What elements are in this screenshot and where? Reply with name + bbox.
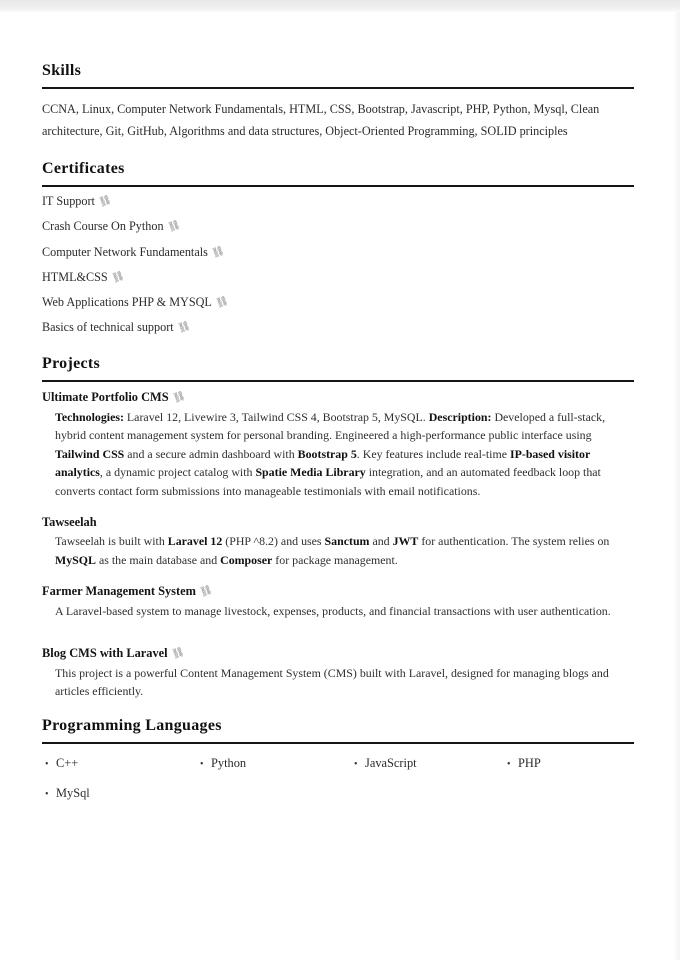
- project-item: Ultimate Portfolio CMS⛓Technologies: Lar…: [42, 387, 634, 501]
- projects-list: Ultimate Portfolio CMS⛓Technologies: Lar…: [42, 387, 634, 701]
- link-icon[interactable]: ⛓: [95, 188, 116, 216]
- project-title: Farmer Management System⛓: [42, 581, 634, 602]
- certificate-label: Crash Course On Python: [42, 219, 164, 233]
- certificates-section: Certificates IT Support⛓Crash Course On …: [42, 158, 634, 341]
- page-top-edge: [0, 0, 680, 12]
- languages-divider: [42, 742, 634, 744]
- projects-heading: Projects: [42, 353, 634, 375]
- link-icon[interactable]: ⛓: [108, 263, 129, 291]
- certificates-divider: [42, 185, 634, 187]
- bullet-icon: •: [507, 754, 518, 776]
- certificate-label: HTML&CSS: [42, 270, 108, 284]
- project-title-text: Blog CMS with Laravel: [42, 646, 168, 660]
- link-icon[interactable]: ⛓: [169, 642, 188, 665]
- certificate-label: Web Applications PHP & MYSQL: [42, 295, 212, 309]
- link-icon[interactable]: ⛓: [208, 238, 229, 266]
- certificate-item: Computer Network Fundamentals⛓: [42, 240, 634, 265]
- certificate-item: Basics of technical support⛓: [42, 315, 634, 340]
- link-icon[interactable]: ⛓: [164, 213, 185, 241]
- language-label: JavaScript: [365, 756, 417, 770]
- project-item: Blog CMS with Laravel⛓This project is a …: [42, 643, 634, 701]
- language-label: C++: [56, 756, 78, 770]
- project-description: Technologies: Laravel 12, Livewire 3, Ta…: [42, 408, 634, 501]
- project-title: Tawseelah: [42, 512, 634, 532]
- project-title-text: Ultimate Portfolio CMS: [42, 390, 169, 404]
- bullet-icon: •: [45, 784, 56, 806]
- project-title-text: Farmer Management System: [42, 584, 196, 598]
- certificate-label: IT Support: [42, 194, 95, 208]
- projects-section: Projects Ultimate Portfolio CMS⛓Technolo…: [42, 353, 634, 701]
- link-icon[interactable]: ⛓: [212, 289, 233, 317]
- bullet-icon: •: [45, 754, 56, 776]
- certificates-heading: Certificates: [42, 158, 634, 180]
- language-item: •PHP: [507, 752, 637, 776]
- language-item: •MySql: [45, 782, 200, 806]
- page-right-edge: [674, 12, 680, 960]
- link-icon[interactable]: ⛓: [174, 314, 195, 342]
- certificate-item: HTML&CSS⛓: [42, 265, 634, 290]
- project-description: A Laravel-based system to manage livesto…: [42, 602, 634, 621]
- certificate-label: Basics of technical support: [42, 320, 174, 334]
- skills-divider: [42, 87, 634, 89]
- language-label: Python: [211, 756, 246, 770]
- project-description: Tawseelah is built with Laravel 12 (PHP …: [42, 532, 634, 569]
- link-icon[interactable]: ⛓: [170, 386, 189, 409]
- language-item: •Python: [200, 752, 354, 776]
- certificates-list: IT Support⛓Crash Course On Python⛓Comput…: [42, 189, 634, 341]
- project-item: Farmer Management System⛓A Laravel-based…: [42, 581, 634, 621]
- project-description: This project is a powerful Content Manag…: [42, 664, 634, 701]
- certificate-item: IT Support⛓: [42, 189, 634, 214]
- projects-divider: [42, 380, 634, 382]
- project-title: Ultimate Portfolio CMS⛓: [42, 387, 634, 408]
- bullet-icon: •: [200, 754, 211, 776]
- language-label: MySql: [56, 786, 90, 800]
- project-title-text: Tawseelah: [42, 515, 97, 529]
- link-icon[interactable]: ⛓: [197, 581, 216, 604]
- languages-section: Programming Languages •C++•Python•JavaSc…: [42, 715, 634, 806]
- certificate-label: Computer Network Fundamentals: [42, 245, 208, 259]
- skills-section: Skills CCNA, Linux, Computer Network Fun…: [42, 60, 634, 142]
- languages-list: •C++•Python•JavaScript•PHP•MySql: [42, 752, 634, 806]
- languages-heading: Programming Languages: [42, 715, 634, 737]
- language-item: •C++: [45, 752, 200, 776]
- language-item: •JavaScript: [354, 752, 507, 776]
- skills-heading: Skills: [42, 60, 634, 82]
- certificate-item: Crash Course On Python⛓: [42, 214, 634, 239]
- project-item: TawseelahTawseelah is built with Laravel…: [42, 512, 634, 569]
- resume-page: Skills CCNA, Linux, Computer Network Fun…: [42, 60, 634, 806]
- language-label: PHP: [518, 756, 541, 770]
- certificate-item: Web Applications PHP & MYSQL⛓: [42, 290, 634, 315]
- skills-text: CCNA, Linux, Computer Network Fundamenta…: [42, 98, 634, 142]
- project-title: Blog CMS with Laravel⛓: [42, 643, 634, 664]
- bullet-icon: •: [354, 754, 365, 776]
